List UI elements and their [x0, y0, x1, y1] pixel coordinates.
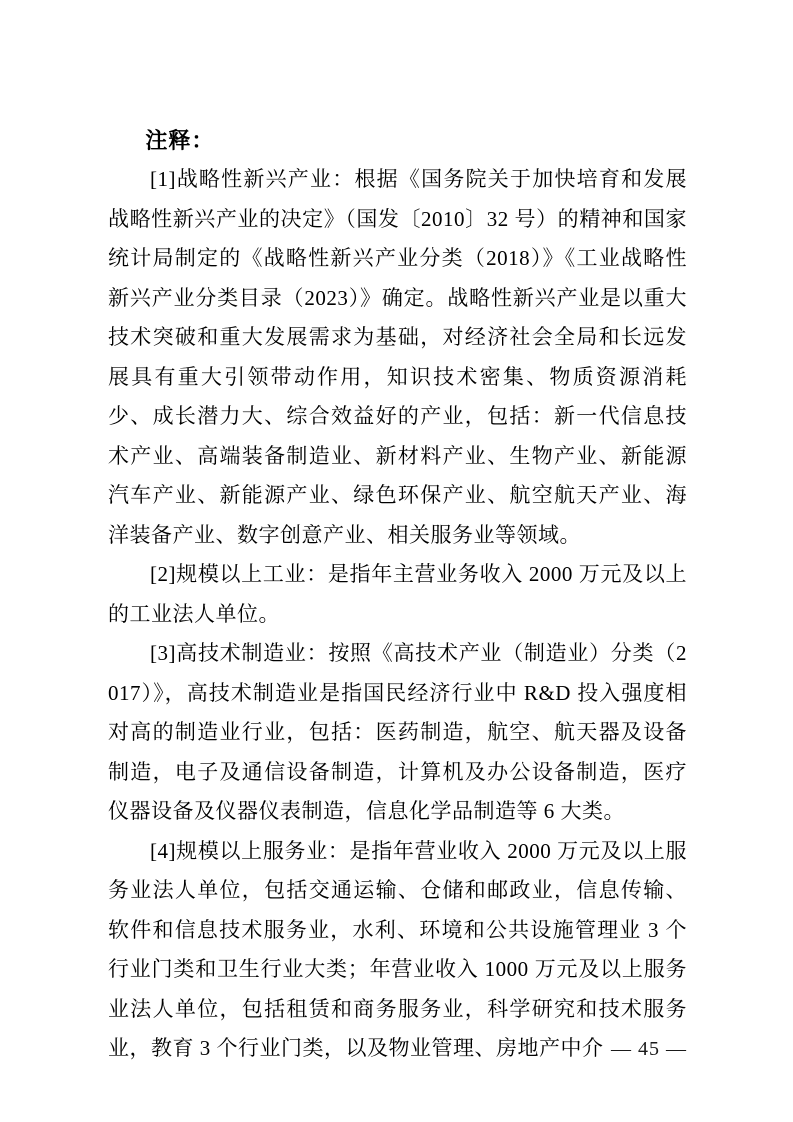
notes-section: 注释： [1]战略性新兴产业：根据《国务院关于加快培育和发展战略性新兴产业的决定…: [108, 121, 687, 1069]
page-number: — 45 —: [611, 1037, 687, 1061]
paragraph-note-2: [2]规模以上工业：是指年主营业务收入 2000 万元及以上的工业法人单位。: [108, 555, 687, 634]
paragraph-note-4: [4]规模以上服务业：是指年营业收入 2000 万元及以上服务业法人单位，包括交…: [108, 832, 687, 1069]
notes-heading: 注释：: [108, 121, 687, 160]
paragraph-note-3: [3]高技术制造业：按照《高技术产业（制造业）分类（2017）》，高技术制造业是…: [108, 634, 687, 832]
paragraph-note-1: [1]战略性新兴产业：根据《国务院关于加快培育和发展战略性新兴产业的决定》（国发…: [108, 160, 687, 555]
document-page: 注释： [1]战略性新兴产业：根据《国务院关于加快培育和发展战略性新兴产业的决定…: [0, 0, 793, 1122]
